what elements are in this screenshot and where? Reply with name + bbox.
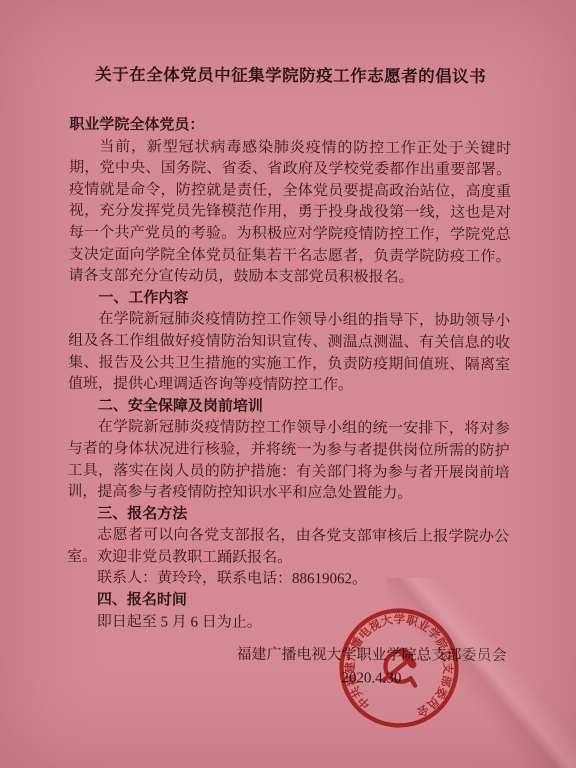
section-3-heading: 三、报名方法 <box>67 504 509 528</box>
section-4-paragraph: 即日起至 5 月 6 日为止。 <box>67 612 509 636</box>
section-4-heading: 四、报名时间 <box>67 590 509 614</box>
section-3-paragraph-2: 联系人：黄玲玲，联系电话：88619062。 <box>67 568 509 592</box>
notice-page: 关于在全体党员中征集学院防疫工作志愿者的倡议书 职业学院全体党员： 当前，新型冠… <box>0 0 576 768</box>
signature-date: 2020.4.30 <box>236 668 506 691</box>
section-3-paragraph-1: 志愿者可以向各党支部报名，由各党支部审核后上报学院办公室。欢迎非党员教职工踊跃报… <box>67 525 509 571</box>
section-2-paragraph: 在学院新冠肺炎疫情防控工作领导小组的统一安排下，将对参与者的身体状况进行核验，并… <box>67 417 509 506</box>
section-1-paragraph: 在学院新冠肺炎疫情防控工作领导小组的指导下，协助领导小组及各工作组做好疫情防治知… <box>68 309 510 398</box>
signature-inner: 福建广播电视大学职业学院总支部委员会 2020.4.30 <box>236 645 506 691</box>
intro-paragraph: 当前，新型冠状病毒感染肺炎疫情的防控工作正处于关键时期，党中央、国务院、省委、省… <box>69 136 512 289</box>
salutation: 职业学院全体党员： <box>69 115 511 139</box>
signature-org: 福建广播电视大学职业学院总支部委员会 <box>237 645 507 668</box>
section-2-heading: 二、安全保障及岗前培训 <box>68 396 510 420</box>
document-photo: 关于在全体党员中征集学院防疫工作志愿者的倡议书 职业学院全体党员： 当前，新型冠… <box>0 0 576 768</box>
section-1-heading: 一、工作内容 <box>68 288 510 312</box>
page-title: 关于在全体党员中征集学院防疫工作志愿者的倡议书 <box>70 61 512 87</box>
signature-block: 福建广播电视大学职业学院总支部委员会 2020.4.30 <box>66 644 508 691</box>
document-body: 职业学院全体党员： 当前，新型冠状病毒感染肺炎疫情的防控工作正处于关键时期，党中… <box>67 115 512 636</box>
